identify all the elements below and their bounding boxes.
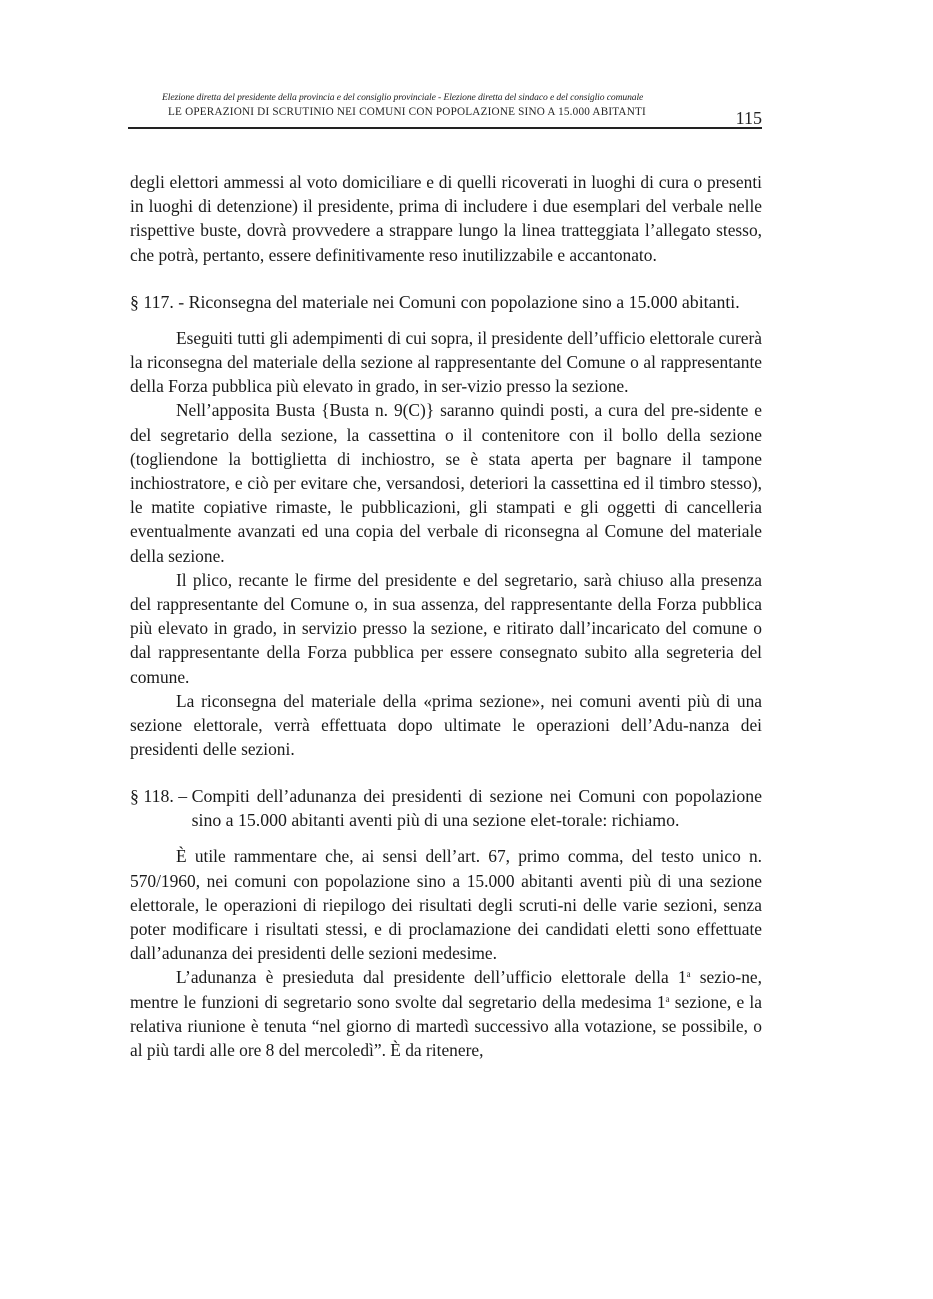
paragraph: La riconsegna del materiale della «prima… (130, 689, 762, 762)
section-heading-117: § 117. - Riconsegna del materiale nei Co… (130, 290, 762, 314)
running-title-bottom: LE OPERAZIONI DI SCRUTINIO NEI COMUNI CO… (168, 106, 646, 118)
text-run: L’adunanza è presieduta dal presidente d… (176, 967, 687, 987)
running-title-top: Elezione diretta del presidente della pr… (162, 92, 643, 103)
paragraph: È utile rammentare che, ai sensi dell’ar… (130, 844, 762, 965)
paragraph: Il plico, recante le firme del president… (130, 568, 762, 689)
paragraph-last: L’adunanza è presieduta dal presidente d… (130, 965, 762, 1062)
section-title: Compiti dell’adunanza dei presidenti di … (192, 784, 762, 832)
section-title: Riconsegna del materiale nei Comuni con … (189, 290, 762, 314)
paragraph: Nell’apposita Busta {Busta n. 9(C)} sara… (130, 398, 762, 567)
paragraph: Eseguiti tutti gli adempimenti di cui so… (130, 326, 762, 399)
page-body: degli elettori ammessi al voto domicilia… (130, 170, 762, 1062)
running-header: Elezione diretta del presidente della pr… (128, 92, 762, 132)
section-number: § 117. - (130, 290, 189, 314)
page-number: 115 (736, 108, 762, 129)
header-rule (128, 127, 762, 129)
intro-paragraph: degli elettori ammessi al voto domicilia… (130, 170, 762, 267)
section-number: § 118. – (130, 784, 192, 832)
section-heading-118: § 118. – Compiti dell’adunanza dei presi… (130, 784, 762, 832)
